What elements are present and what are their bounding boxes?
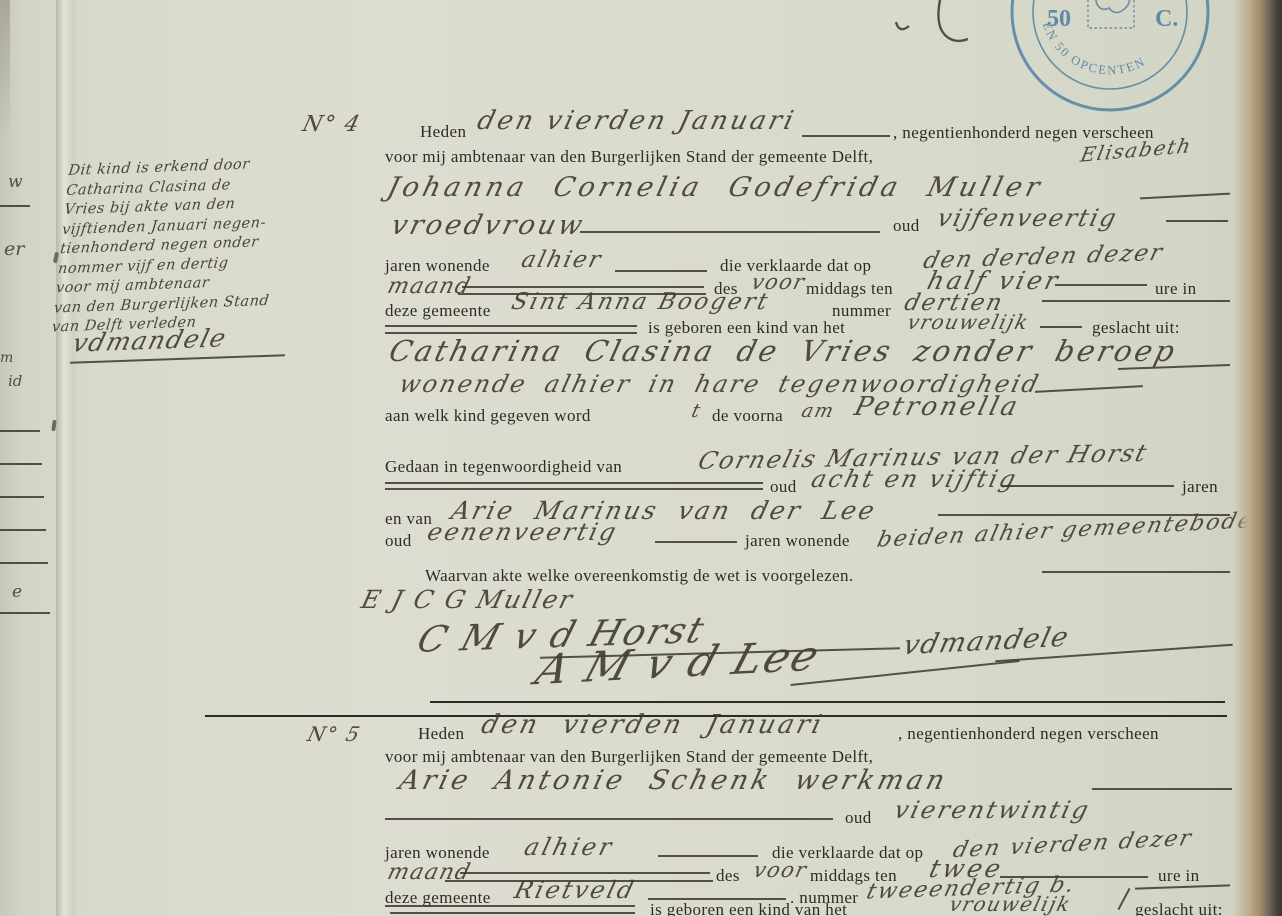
- record5-printed-heden: Heden: [418, 724, 464, 744]
- filler-line: [385, 325, 637, 327]
- filler-line: [460, 872, 710, 874]
- record4-signature-declarant: E J C G Muller: [358, 585, 577, 614]
- record4-voornaam-t: t: [689, 400, 704, 422]
- gutter-shadow: [0, 0, 10, 140]
- record4-printed-middags: middags ten: [806, 279, 893, 299]
- record5-printed-oud: oud: [845, 808, 872, 828]
- stamp-arc-text: EN 50 OPCENTEN: [1040, 20, 1148, 77]
- filler-line: [1135, 884, 1230, 889]
- record5-printed-des: des: [716, 866, 740, 886]
- filler-line: [580, 231, 880, 233]
- margin-note-acknowledgement: Dit kind is erkend door Catharina Clasin…: [51, 153, 309, 338]
- filler-line: [385, 818, 833, 820]
- previous-page-ruled-line: [0, 463, 42, 465]
- filler-line: [1002, 485, 1174, 487]
- record4-birth-place: Sint Anna Boogert: [509, 289, 773, 315]
- filler-line: [462, 286, 704, 288]
- previous-page-text-fragment: e: [12, 582, 22, 602]
- previous-page-text-fragment: er: [4, 238, 24, 260]
- filler-line: [658, 855, 758, 857]
- filler-line: [655, 541, 737, 543]
- previous-page-text-fragment: w: [8, 172, 23, 192]
- filler-line: [1035, 385, 1143, 393]
- previous-page-ruled-line: [0, 430, 40, 432]
- record5-gender: vrouwelijk: [947, 892, 1074, 916]
- record-separator-line: [430, 701, 1225, 703]
- filler-line: [1042, 300, 1230, 302]
- record4-printed-ure-in: ure in: [1155, 279, 1197, 299]
- stamp-unit: C.: [1155, 6, 1178, 32]
- record4-printed-closing: Waarvan akte welke overeenkomstig de wet…: [425, 566, 854, 586]
- filler-line: [1055, 284, 1147, 286]
- previous-page-ruled-line: [0, 612, 50, 614]
- record4-declarant-profession: vroedvrouw: [388, 210, 588, 241]
- pen-flourish: [878, 0, 1008, 52]
- record4-voornaam-am: am: [799, 400, 837, 422]
- record4-printed-gemeente: deze gemeente: [385, 301, 491, 321]
- record4-printed-witness-intro: Gedaan in tegenwoordigheid van: [385, 457, 622, 477]
- record5-declarant-residence: alhier: [522, 833, 618, 861]
- filler-line: [385, 905, 635, 907]
- record4-printed-heden: Heden: [420, 122, 466, 142]
- record5-printed-official: voor mij ambtenaar van den Burgerlijken …: [385, 747, 873, 767]
- previous-page-ruled-line: [0, 562, 48, 564]
- record5-printed-ure-in: ure in: [1158, 866, 1200, 886]
- record5-printed-year: , negentienhonderd negen verscheen: [898, 724, 1159, 744]
- signature-flourish-line: [791, 660, 1020, 686]
- record4-mother-name: Catharina Clasina de Vries zonder beroep: [386, 334, 1181, 368]
- filler-line: [390, 912, 635, 914]
- record4-declarant-residence: alhier: [519, 247, 605, 273]
- svg-text:EN 50 OPCENTEN: EN 50 OPCENTEN: [1040, 20, 1148, 77]
- filler-line: [1166, 220, 1228, 222]
- binding-seam: [56, 0, 80, 916]
- record4-child-name: Petronella: [851, 392, 1023, 422]
- filler-line: [1092, 788, 1232, 790]
- scanned-birth-register-page: w er m id e 50 C. EN 50 OPCENTEN: [0, 0, 1282, 916]
- record4-printed-jaren-wonende2: jaren wonende: [745, 531, 850, 551]
- previous-page-ruled-line: [0, 496, 44, 498]
- pen-slash: [1117, 888, 1130, 910]
- previous-page-text-fragment: m: [0, 350, 13, 366]
- record4-declarant-name: Johanna Cornelia Godefrida Muller: [384, 172, 1047, 203]
- filler-line: [1140, 193, 1230, 200]
- record4-printed-voornaam-b: de voorna: [712, 406, 783, 426]
- record5-voor: voor: [751, 858, 810, 882]
- record4-date-handwritten: den vierden Januari: [474, 106, 799, 136]
- record4-maand: maand: [385, 274, 474, 299]
- previous-page-ruled-line: [0, 529, 46, 531]
- previous-page-text-fragment: id: [8, 372, 22, 390]
- record4-witness1-age: acht en vijftig: [809, 465, 1021, 493]
- record4-witness2-age: eenenveertig: [425, 518, 622, 546]
- record4-declarant-age: vijfenveertig: [935, 204, 1121, 232]
- record4-printed-official: voor mij ambtenaar van den Burgerlijken …: [385, 147, 873, 167]
- previous-page-ruled-line: [0, 205, 30, 207]
- record5-printed-geslacht: geslacht uit:: [1135, 900, 1223, 916]
- filler-line: [385, 488, 763, 490]
- margin-note-signature: vdmandele: [70, 323, 231, 357]
- filler-line: [385, 482, 763, 484]
- record4-printed-jaren: jaren: [1182, 477, 1218, 497]
- record4-printed-oud: oud: [893, 216, 920, 236]
- record4-printed-jaren-wonende: jaren wonende: [385, 256, 490, 276]
- revenue-stamp-50c: 50 C. EN 50 OPCENTEN: [1003, 0, 1223, 119]
- record5-act-number: N° 5: [305, 722, 364, 746]
- filler-line: [1042, 571, 1230, 573]
- page-right-edge: [1234, 0, 1282, 916]
- record4-printed-oud3: oud: [385, 531, 412, 551]
- record5-declarant-name: Arie Antonie Schenk werkman: [396, 765, 951, 796]
- filler-line: [1040, 326, 1082, 328]
- record4-signature-official: vdmandele: [900, 622, 1072, 661]
- record4-act-number: N° 4: [300, 112, 363, 137]
- record5-declarant-age: vierentwintig: [892, 796, 1094, 824]
- filler-line: [802, 135, 890, 137]
- record5-birth-place: Rietveld: [512, 876, 639, 904]
- record4-gender: vrouwelijk: [905, 310, 1032, 334]
- record4-printed-voornaam-a: aan welk kind gegeven word: [385, 406, 591, 426]
- record4-printed-en-van: en van: [385, 509, 432, 529]
- record5-date-handwritten: den vierden Januari: [478, 710, 827, 740]
- record4-printed-oud2: oud: [770, 477, 797, 497]
- record5-printed-geboren: is geboren een kind van het: [650, 900, 847, 916]
- filler-line: [615, 270, 707, 272]
